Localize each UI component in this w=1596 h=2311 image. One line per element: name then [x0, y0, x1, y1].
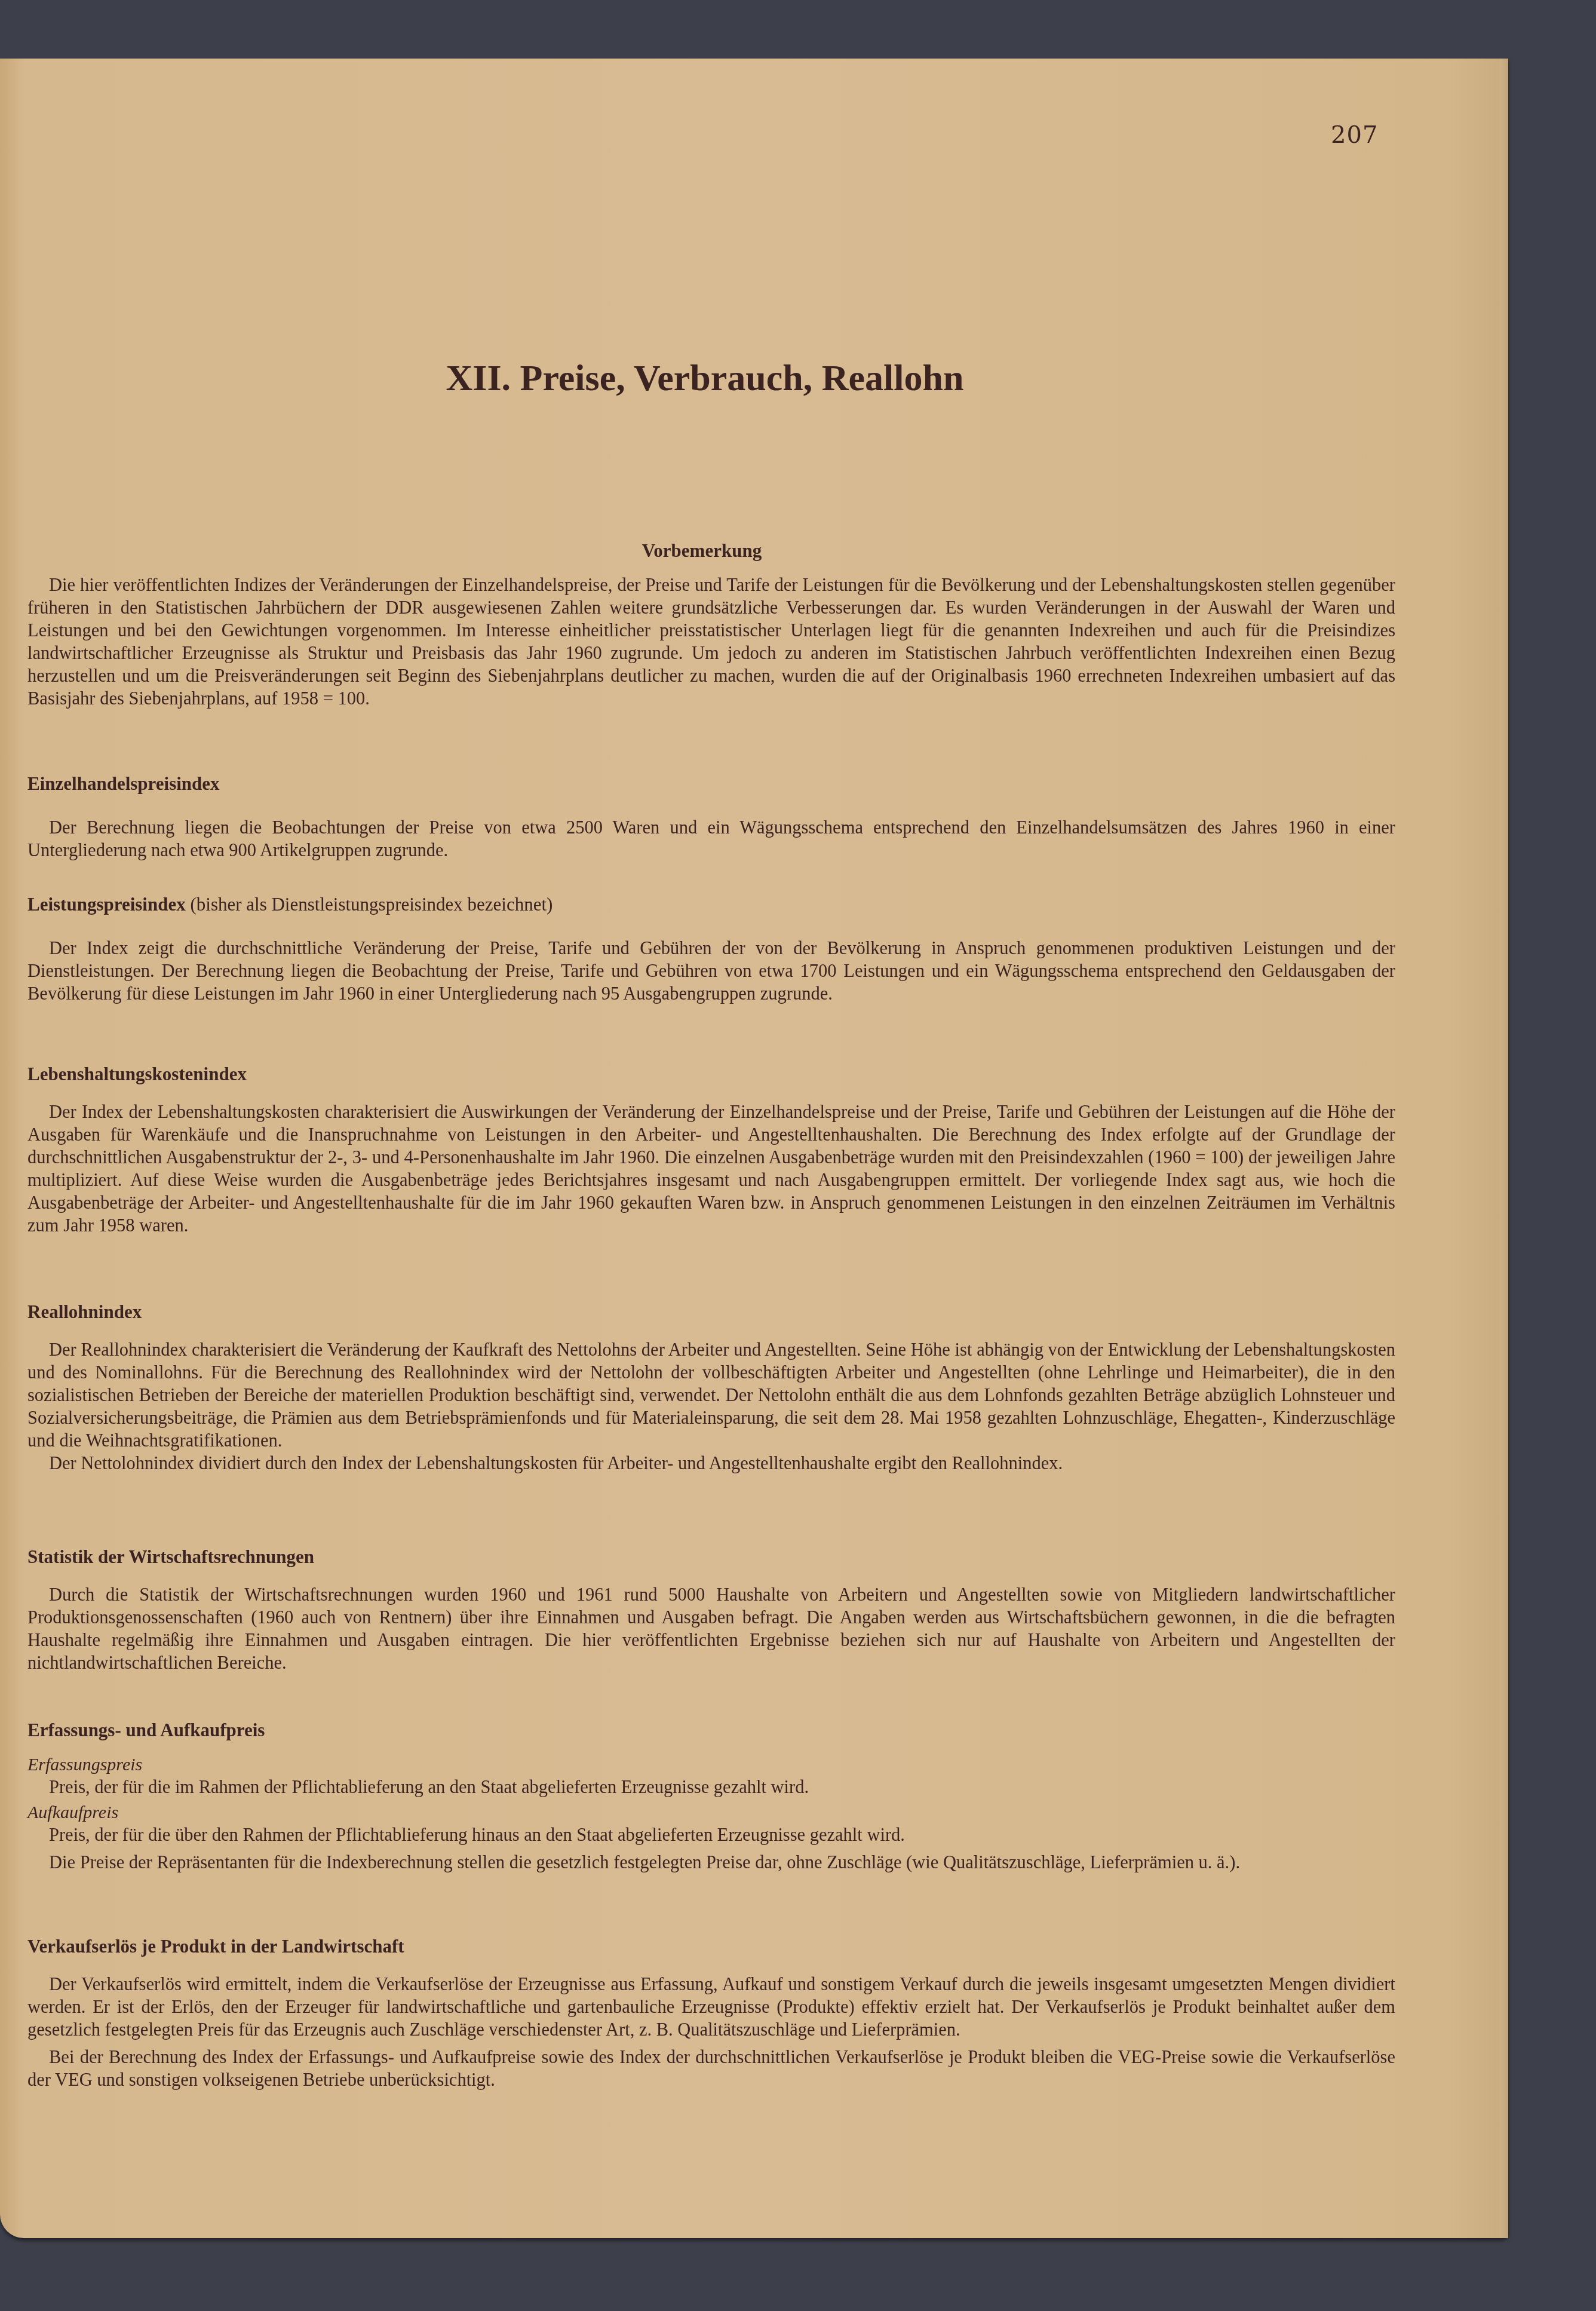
preface-paragraph: Die hier veröffentlichten Indizes der Ve…	[27, 574, 1395, 710]
section-heading: Leistungspreisindex (bisher als Dienstle…	[27, 894, 1395, 915]
section-paragraph: Durch die Statistik der Wirtschaftsrechn…	[27, 1583, 1395, 1674]
section-verkaufserloes: Verkaufserlös je Produkt in der Landwirt…	[27, 1936, 1395, 2091]
chapter-title: XII. Preise, Verbrauch, Reallohn	[0, 357, 1410, 400]
definition-term: Aufkaufpreis	[27, 1802, 1395, 1823]
section-heading: Lebenshaltungskostenindex	[27, 1063, 1395, 1085]
section-paragraph: Bei der Berechnung des Index der Erfassu…	[27, 2046, 1395, 2091]
scanned-page: 207 XII. Preise, Verbrauch, Reallohn Vor…	[0, 59, 1508, 2238]
section-heading: Erfassungs- und Aufkaufpreis	[27, 1720, 1395, 1741]
definition-text: Preis, der für die im Rahmen der Pflicht…	[27, 1776, 1395, 1798]
page-number: 207	[1331, 121, 1378, 149]
definition-term: Erfassungspreis	[27, 1754, 1395, 1776]
section-erfassungs-aufkaufpreis: Erfassungs- und Aufkaufpreis Erfassungsp…	[27, 1720, 1395, 1874]
section-reallohnindex: Reallohnindex Der Reallohnindex charakte…	[27, 1301, 1395, 1475]
definition-text: Preis, der für die über den Rahmen der P…	[27, 1823, 1395, 1846]
section-paragraph: Der Berechnung liegen die Beobachtungen …	[27, 816, 1395, 862]
section-paragraph: Der Index zeigt die durchschnittliche Ve…	[27, 937, 1395, 1005]
section-lebenshaltungskostenindex: Lebenshaltungskostenindex Der Index der …	[27, 1063, 1395, 1237]
section-leistungspreisindex: Leistungspreisindex (bisher als Dienstle…	[27, 894, 1395, 1005]
section-paragraph: Der Reallohnindex charakterisiert die Ve…	[27, 1338, 1395, 1452]
section-paragraph: Der Index der Lebenshaltungskosten chara…	[27, 1101, 1395, 1237]
section-einzelhandelspreisindex: Einzelhandelspreisindex Der Berechnung l…	[27, 773, 1395, 862]
section-heading: Reallohnindex	[27, 1301, 1395, 1323]
section-paragraph: Die Preise der Repräsentanten für die In…	[27, 1851, 1395, 1874]
section-paragraph: Der Nettolohnindex dividiert durch den I…	[27, 1452, 1395, 1475]
section-heading-note: (bisher als Dienstleistungspreisindex be…	[190, 894, 553, 915]
page-edge	[1500, 59, 1508, 2238]
preface-title: Vorbemerkung	[0, 540, 1404, 562]
section-heading: Verkaufserlös je Produkt in der Landwirt…	[27, 1936, 1395, 1957]
section-heading: Einzelhandelspreisindex	[27, 773, 1395, 795]
section-wirtschaftsrechnungen: Statistik der Wirtschaftsrechnungen Durc…	[27, 1546, 1395, 1674]
section-heading: Statistik der Wirtschaftsrechnungen	[27, 1546, 1395, 1568]
preface-block: Die hier veröffentlichten Indizes der Ve…	[27, 574, 1395, 710]
section-heading-main: Leistungspreisindex	[27, 894, 186, 915]
section-paragraph: Der Verkaufserlös wird ermittelt, indem …	[27, 1973, 1395, 2041]
